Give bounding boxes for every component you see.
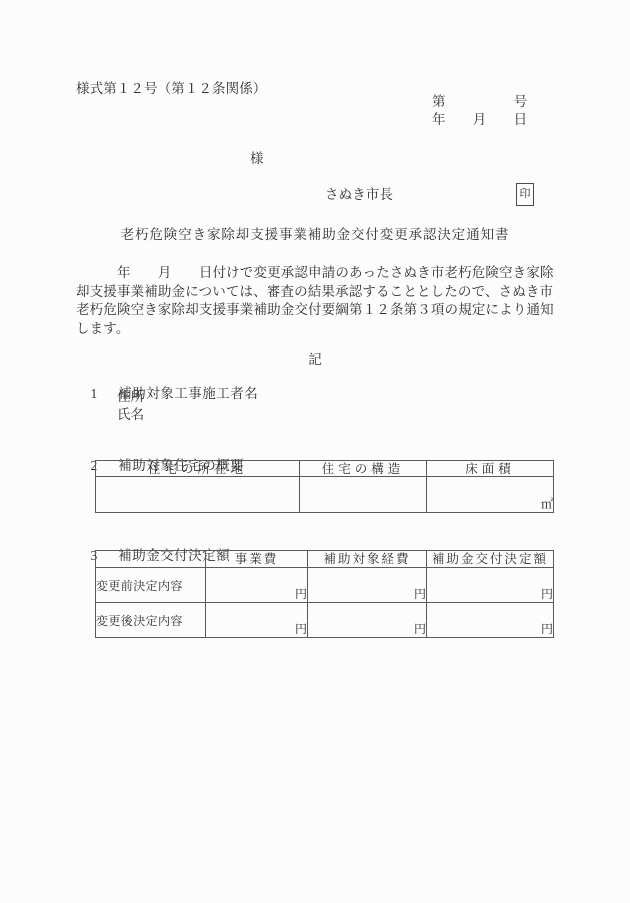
housing-header-structure: 住宅の構造 <box>300 461 427 477</box>
body-line-4: します。 <box>76 320 568 339</box>
body-line-3: 老朽危険空き家除却支援事業補助金交付要綱第１２条第３項の規定により通知 <box>76 301 568 320</box>
housing-table: 住宅の所在地 住宅の構造 床面積 ㎡ <box>95 460 554 513</box>
sender-title: さぬき市長 <box>325 187 393 203</box>
grant-row-before-eligible-expense: 円 <box>308 568 427 603</box>
grant-row-before-project-cost: 円 <box>206 568 308 603</box>
stamp-box: 印 <box>516 183 534 206</box>
grant-row-after-grant-amount: 円 <box>427 603 554 638</box>
housing-table-data-row: ㎡ <box>96 477 554 513</box>
grant-row-after-project-cost: 円 <box>206 603 308 638</box>
grant-header-eligible-expense: 補助対象経費 <box>308 551 427 568</box>
record-marker: 記 <box>0 352 630 368</box>
grant-row-after-eligible-expense: 円 <box>308 603 427 638</box>
grant-row-before-grant-amount: 円 <box>427 568 554 603</box>
housing-table-header-row: 住宅の所在地 住宅の構造 床面積 <box>96 461 554 477</box>
housing-header-location: 住宅の所在地 <box>96 461 300 477</box>
section-1-subitem-name: 氏名 <box>117 407 144 423</box>
document-title: 老朽危険空き家除却支援事業補助金交付変更承認決定通知書 <box>0 227 630 243</box>
body-paragraph: 年 月 日付けで変更承認申請のあったさぬき市老朽危険空き家除 却支援事業補助金に… <box>76 264 568 339</box>
grant-row-after-label: 変更後決定内容 <box>96 603 206 638</box>
grant-header-grant-amount: 補助金交付決定額 <box>427 551 554 568</box>
addressee-suffix: 様 <box>250 151 264 167</box>
section-1-heading: 1補助対象工事施工者名 <box>77 370 258 418</box>
body-line-2: 却支援事業補助金については、審査の結果承認することとしたので、さぬき市 <box>76 283 568 302</box>
grant-row-before-label: 変更前決定内容 <box>96 568 206 603</box>
grant-header-project-cost: 事業費 <box>206 551 308 568</box>
housing-cell-structure <box>300 477 427 513</box>
section-1-subitem-address: 住所 <box>117 389 144 405</box>
form-number: 様式第１２号（第１２条関係） <box>76 81 266 97</box>
document-page: 様式第１２号（第１２条関係） 第 号 年 月 日 様 さぬき市長 印 老朽危険空… <box>0 0 630 903</box>
doc-number-line: 第 号 <box>432 94 527 110</box>
housing-cell-location <box>96 477 300 513</box>
date-line: 年 月 日 <box>432 112 527 128</box>
housing-cell-floor-area-unit: ㎡ <box>427 477 554 513</box>
stamp-label: 印 <box>520 189 531 200</box>
grant-table-row-before: 変更前決定内容 円 円 円 <box>96 568 554 603</box>
grant-header-corner <box>96 551 206 568</box>
body-line-1: 年 月 日付けで変更承認申請のあったさぬき市老朽危険空き家除 <box>76 264 568 283</box>
grant-table: 事業費 補助対象経費 補助金交付決定額 変更前決定内容 円 円 円 変更後決定内… <box>95 550 554 638</box>
housing-header-floor-area: 床面積 <box>427 461 554 477</box>
grant-table-row-after: 変更後決定内容 円 円 円 <box>96 603 554 638</box>
section-1-number: 1 <box>91 386 98 401</box>
grant-table-header-row: 事業費 補助対象経費 補助金交付決定額 <box>96 551 554 568</box>
